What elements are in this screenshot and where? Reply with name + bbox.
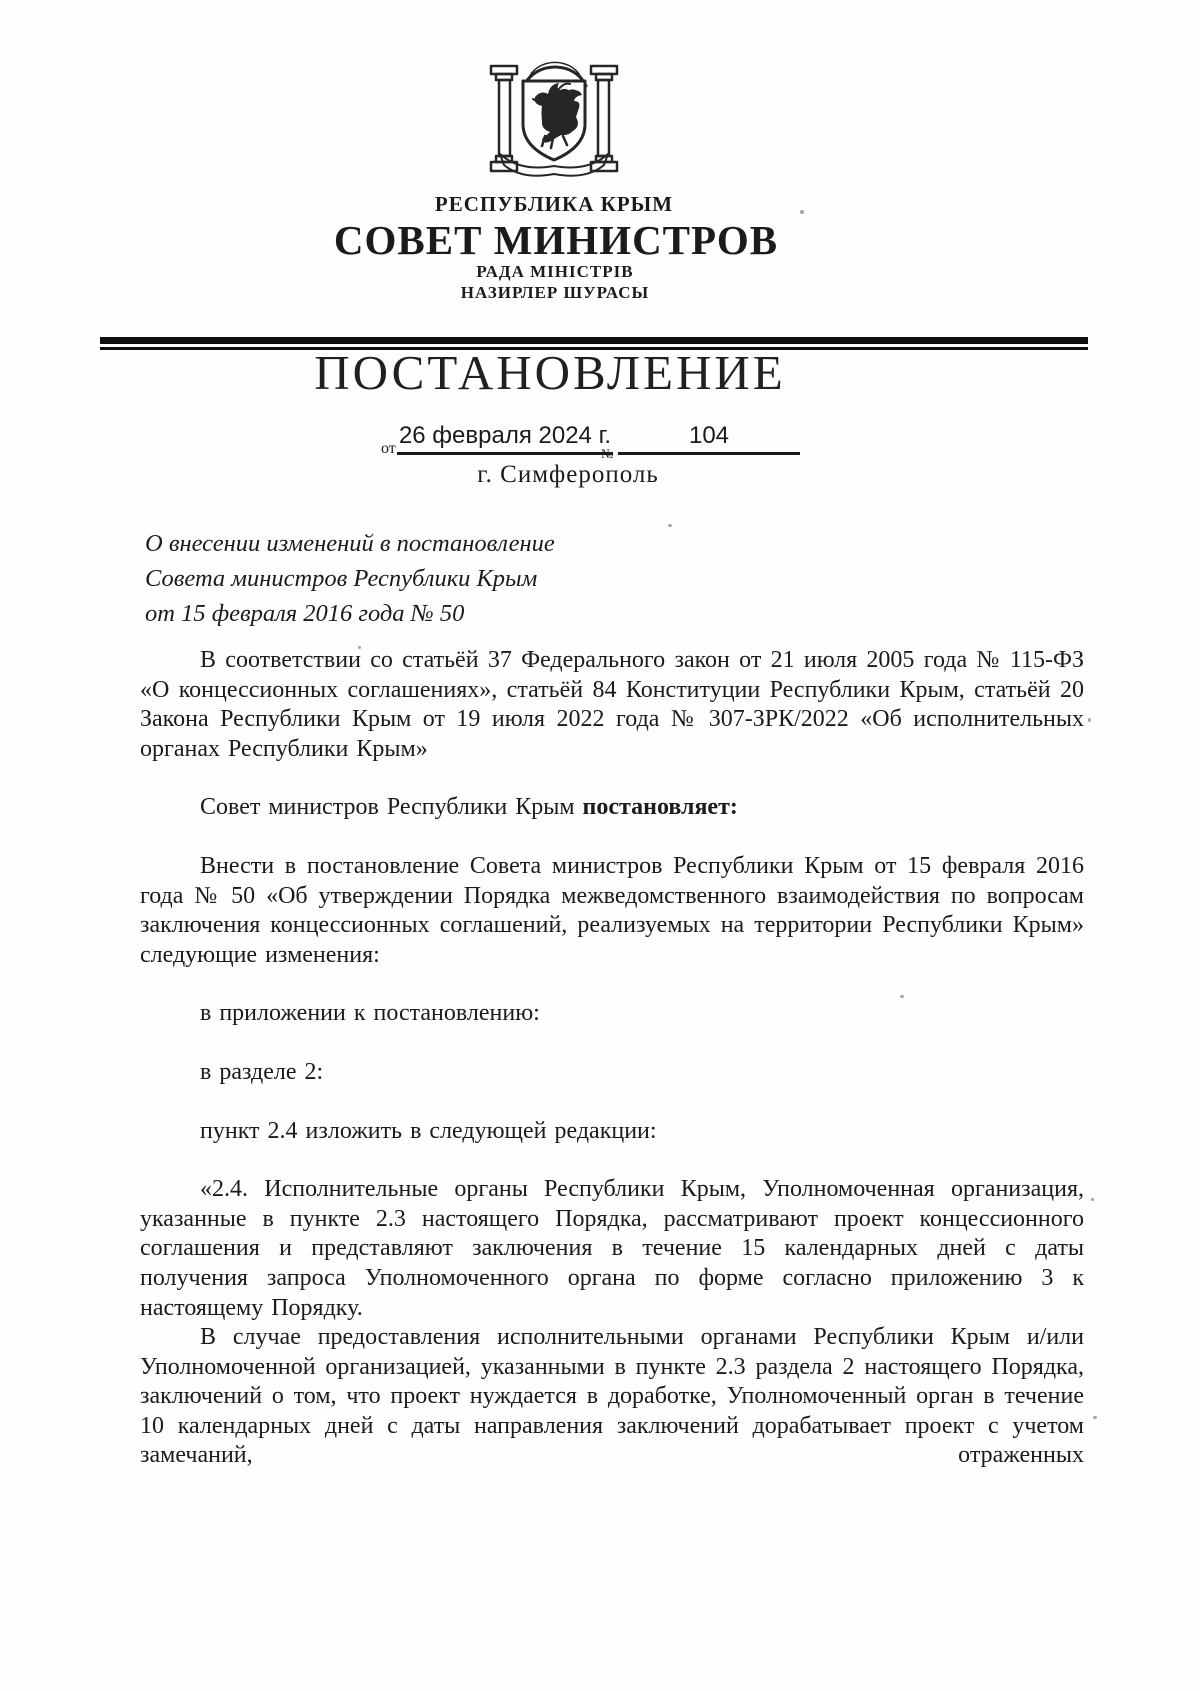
paragraph-annex: в приложении к постановлению:: [140, 999, 1084, 1029]
scan-speck: [668, 524, 672, 527]
right-column-icon: [591, 66, 617, 171]
paragraph-amendment-intro: Внести в постановление Совета министров …: [140, 852, 1084, 970]
republic-title: РЕСПУБЛИКА КРЫМ: [0, 192, 1200, 217]
scan-speck: [800, 210, 804, 214]
date-from-label: от: [381, 440, 396, 458]
paragraph-clause-2-4: «2.4. Исполнительные органы Республики К…: [140, 1175, 1084, 1323]
left-column-icon: [491, 66, 517, 171]
scan-speck: [358, 646, 361, 649]
council-title-ukrainian: РАДА МІНІСТРІВ: [0, 262, 1200, 282]
scan-speck: [1088, 718, 1091, 722]
number-sign-label: №: [601, 446, 613, 462]
council-title-crimean-tatar: НАЗИРЛЕР ШУРАСЫ: [0, 283, 1200, 303]
scan-speck: [770, 372, 773, 375]
paragraph-clause-intro: пункт 2.4 изложить в следующей редакции:: [140, 1117, 1084, 1147]
decree-subject: О внесении изменений в постановление Сов…: [145, 526, 555, 631]
decree-body: В соответствии со статьёй 37 Федеральног…: [140, 646, 1084, 1471]
paragraph-legal-basis: В соответствии со статьёй 37 Федеральног…: [140, 646, 1084, 764]
paragraph-section: в разделе 2:: [140, 1058, 1084, 1088]
scan-speck: [1093, 1416, 1097, 1419]
scan-speck: [1091, 1198, 1094, 1201]
subject-line: О внесении изменений в постановление: [145, 526, 555, 561]
paragraph-clause-2-4-continued: В случае предоставления исполнительными …: [140, 1323, 1084, 1471]
city-line: г. Симферополь: [0, 461, 1200, 489]
paragraph-resolves: Совет министров Республики Крым постанов…: [140, 793, 1084, 823]
scanned-decree-page: РЕСПУБЛИКА КРЫМ СОВЕТ МИНИСТРОВ РАДА МІН…: [0, 0, 1200, 1691]
subject-line: Совета министров Республики Крым: [145, 561, 555, 596]
decree-number-value: 104: [618, 422, 800, 455]
subject-line: от 15 февраля 2016 года № 50: [145, 596, 555, 631]
document-type-title: ПОСТАНОВЛЕНИЕ: [0, 344, 1200, 401]
resolves-bold: постановляет:: [583, 794, 738, 820]
council-of-ministers-title: СОВЕТ МИНИСТРОВ: [0, 216, 1200, 264]
crimea-coat-of-arms-icon: [478, 56, 630, 194]
scan-speck: [900, 995, 904, 998]
decree-date-value: 26 февраля 2024 г.: [397, 422, 613, 455]
